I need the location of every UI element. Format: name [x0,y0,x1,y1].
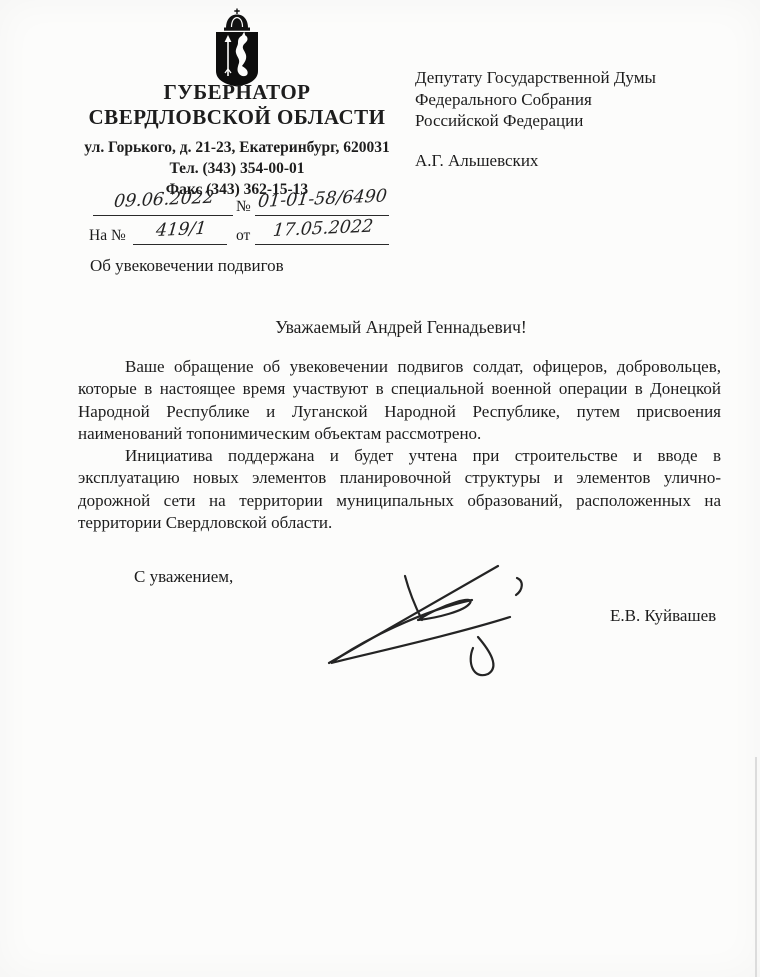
org-name-line1: ГУБЕРНАТОР [82,80,392,105]
reply-date-value: 17.05.2022 [272,217,374,241]
addressee-line3: Российской Федерации [415,110,745,132]
addressee-line2: Федерального Собрания [415,89,745,111]
letter-date-value: 09.06.2022 [113,188,215,212]
addressee-name: А.Г. Альшевских [415,150,745,172]
addressee-line1: Депутату Государственной Думы [415,67,745,89]
letter-date-field: 09.06.2022 [93,192,233,216]
sverdlovsk-coat-of-arms-icon [206,8,268,88]
org-name-line2: СВЕРДЛОВСКОЙ ОБЛАСТИ [82,105,392,130]
closing-respectfully: С уважением, [134,567,233,587]
body-paragraph-1: Ваше обращение об увековечении подвигов … [78,356,721,445]
handwritten-signature-icon [320,550,532,680]
body-paragraph-2: Инициатива поддержана и будет учтена при… [78,445,721,534]
salutation: Уважаемый Андрей Геннадьевич! [80,317,722,338]
org-phone: Тел. (343) 354-00-01 [82,158,392,179]
reply-date-field: 17.05.2022 [255,221,389,245]
reply-number-field: 419/1 [133,221,227,245]
signer-name: Е.В. Куйвашев [610,606,716,626]
subject-line: Об увековечении подвигов [90,256,284,276]
letterhead: ГУБЕРНАТОР СВЕРДЛОВСКОЙ ОБЛАСТИ ул. Горь… [82,80,392,200]
addressee-block: Депутату Государственной Думы Федерально… [415,67,745,171]
letter-body: Ваше обращение об увековечении подвигов … [78,356,721,534]
reference-block: 09.06.2022 № 01-01-58/6490 На № 419/1 от… [85,192,395,250]
org-address: ул. Горького, д. 21-23, Екатеринбург, 62… [82,137,392,158]
number-sign-label: № [236,198,251,216]
scan-artifact-line [755,757,757,977]
reply-number-value: 419/1 [155,219,207,241]
letter-number-value: 01-01-58/6490 [257,186,388,212]
letter-number-field: 01-01-58/6490 [255,192,389,216]
scanned-letter-page: ГУБЕРНАТОР СВЕРДЛОВСКОЙ ОБЛАСТИ ул. Горь… [0,0,760,977]
reply-to-label: На № [89,227,126,245]
from-date-label: от [236,227,250,245]
